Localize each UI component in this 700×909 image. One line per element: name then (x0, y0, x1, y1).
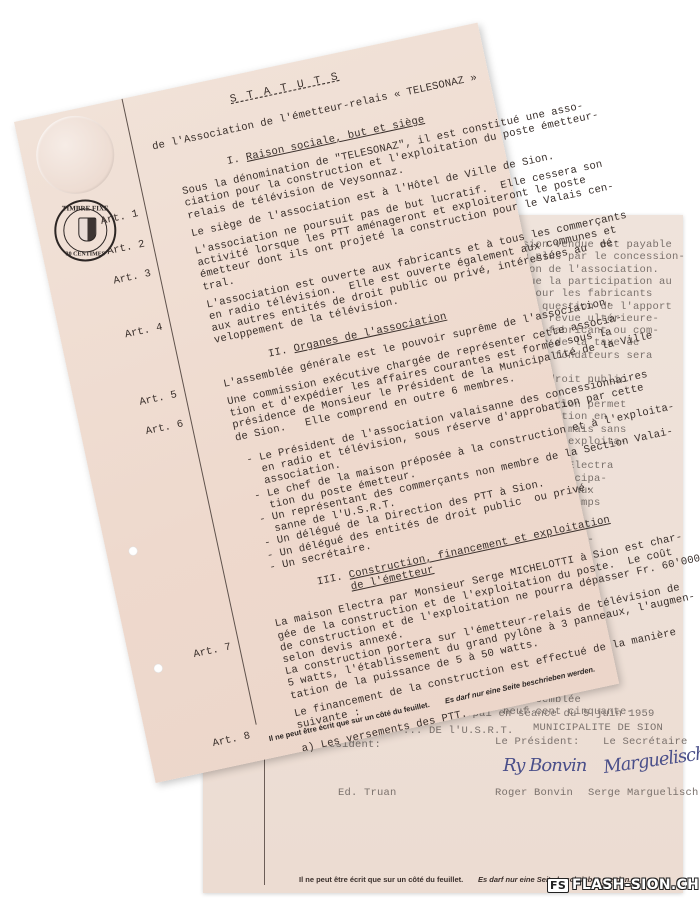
stamp-bottom-text: 30 CENTIMES (56, 251, 114, 257)
article-label: Art. 8 (212, 730, 252, 750)
article-label: Art. 4 (124, 322, 164, 342)
punch-hole (153, 663, 164, 674)
watermark-text: FLASH-SION.CH (572, 877, 699, 893)
embossed-seal-icon (29, 109, 122, 202)
flash-sion-logo-icon: FS (547, 878, 569, 893)
signatory-president: Roger Bonvin (495, 787, 573, 799)
president-signature: Ry Bonvin (503, 755, 586, 776)
document-title: S T A T U T S (229, 71, 341, 106)
signatory-left: Ed. Truan (338, 787, 397, 799)
site-watermark: FS FLASH-SION.CH (547, 877, 699, 893)
stamp-top-text: TIMBRE FIXE (56, 204, 114, 212)
signatory-secretary: Serge Marguelisch (588, 787, 699, 799)
article-label: Art. 3 (112, 268, 152, 288)
article-label: Art. 7 (192, 641, 232, 661)
punch-hole (128, 546, 139, 557)
president-role: Le Président: (495, 736, 580, 748)
municipality-heading: MUNICIPALITE DE SION (533, 722, 663, 734)
article-label: Art. 6 (145, 419, 185, 439)
front-page: TIMBRE FIXE 30 CENTIMES S T A T U T S de… (14, 23, 619, 783)
front-page-body: I. Raison sociale, but et siègeArt. 1Sou… (14, 23, 477, 122)
footer-french: Il ne peut être écrit que sur un côté du… (299, 875, 463, 884)
shield-icon (78, 217, 96, 241)
secretary-signature: Marguelisch (602, 743, 700, 778)
article-label: Art. 5 (138, 389, 178, 409)
